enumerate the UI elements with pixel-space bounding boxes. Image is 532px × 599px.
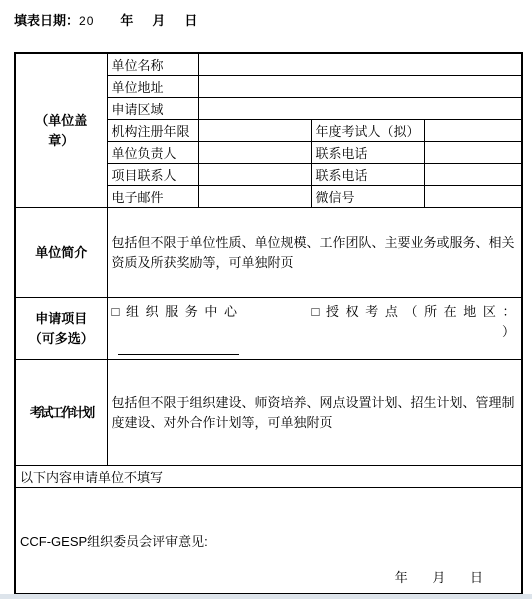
apply-region-label: 申请区域 [107,98,198,120]
review-date-day-unit: 日 [470,570,483,585]
form-date-line: 填表日期：20年月日 [14,10,197,29]
unit-head-phone-label: 联系电话 [311,142,424,164]
project-contact-phone-label: 联系电话 [311,164,424,186]
unit-seal-header-cell: （单位盖 章） [15,53,107,208]
unit-head-label: 单位负责人 [107,142,198,164]
apply-items-label-line2: （可多选） [20,329,103,349]
exam-work-plan-text-cell[interactable]: 包括但不限于组织建设、师资培养、网点设置计划、招生计划、管理制度建设、对外合作计… [107,360,522,466]
application-form-table: （单位盖 章） 单位名称 单位地址 申请区域 机构注册年限 年度考试人（拟） 单… [14,52,523,595]
checkbox-option-service-center[interactable]: □ 组 织 服 务 中 心 [112,302,239,322]
apply-region-input-cell[interactable] [198,98,522,120]
wechat-input-cell[interactable] [424,186,522,208]
page-bottom-boundary [0,594,532,599]
apply-options-row: □ 组 织 服 务 中 心 □ 授 权 考 点 （ 所 在 地 区 ： [112,302,518,322]
checkbox-option-authorized-site[interactable]: □ 授 权 考 点 （ 所 在 地 区 ： [312,302,517,322]
table-row: 以下内容申请单位不填写 [15,466,522,488]
apply-items-options-cell: □ 组 织 服 务 中 心 □ 授 权 考 点 （ 所 在 地 区 ： ） [107,298,522,360]
table-row: 单位简介 包括但不限于单位性质、单位规模、工作团队、主要业务或服务、相关资质及所… [15,208,522,298]
unit-head-phone-input-cell[interactable] [424,142,522,164]
unit-intro-text-cell[interactable]: 包括但不限于单位性质、单位规模、工作团队、主要业务或服务、相关资质及所获奖励等，… [107,208,522,298]
committee-review-label: CCF-GESP组织委员会评审意见: [20,531,517,550]
project-contact-input-cell[interactable] [198,164,311,186]
form-date-month-unit: 月 [152,13,165,28]
table-row: 考试工作计划 包括但不限于组织建设、师资培养、网点设置计划、招生计划、管理制度建… [15,360,522,466]
form-date-year-unit: 年 [120,13,133,28]
region-close-paren: ） [112,322,518,342]
exam-work-plan-header-cell: 考试工作计划 [15,360,107,466]
email-input-cell[interactable] [198,186,311,208]
committee-review-cell[interactable]: CCF-GESP组织委员会评审意见: 年 月 日 [15,488,522,594]
review-date-month-unit: 月 [432,570,445,585]
table-row: 申请项目 （可多选） □ 组 织 服 务 中 心 □ 授 权 考 点 （ 所 在… [15,298,522,360]
review-date-year-unit: 年 [395,570,408,585]
unit-name-input-cell[interactable] [198,53,522,76]
unit-seal-label-line2: 章） [20,131,103,151]
table-row: （单位盖 章） 单位名称 [15,53,522,76]
annual-examinees-input-cell[interactable] [424,120,522,142]
wechat-label: 微信号 [311,186,424,208]
annual-examinees-label: 年度考试人（拟） [311,120,424,142]
review-date-line: 年 月 日 [395,567,483,586]
form-page: 填表日期：20年月日 （单位盖 章） 单位名称 单位地址 申请区域 机构注册 [0,0,532,599]
registration-years-label: 机构注册年限 [107,120,198,142]
apply-items-header-cell: 申请项目 （可多选） [15,298,107,360]
unit-name-label: 单位名称 [107,53,198,76]
email-label: 电子邮件 [107,186,198,208]
form-date-day-unit: 日 [184,13,197,28]
apply-items-label-line1: 申请项目 [20,309,103,329]
unit-address-input-cell[interactable] [198,76,522,98]
form-date-label: 填表日期： [14,13,79,28]
unit-head-input-cell[interactable] [198,142,311,164]
project-contact-phone-input-cell[interactable] [424,164,522,186]
project-contact-label: 项目联系人 [107,164,198,186]
region-fill-blank-line[interactable] [118,354,239,355]
do-not-fill-notice: 以下内容申请单位不填写 [15,466,522,488]
table-row: CCF-GESP组织委员会评审意见: 年 月 日 [15,488,522,594]
form-date-year-prefix: 20 [79,14,94,28]
registration-years-input-cell[interactable] [198,120,311,142]
unit-intro-header-cell: 单位简介 [15,208,107,298]
unit-address-label: 单位地址 [107,76,198,98]
unit-seal-label-line1: （单位盖 [20,111,103,131]
